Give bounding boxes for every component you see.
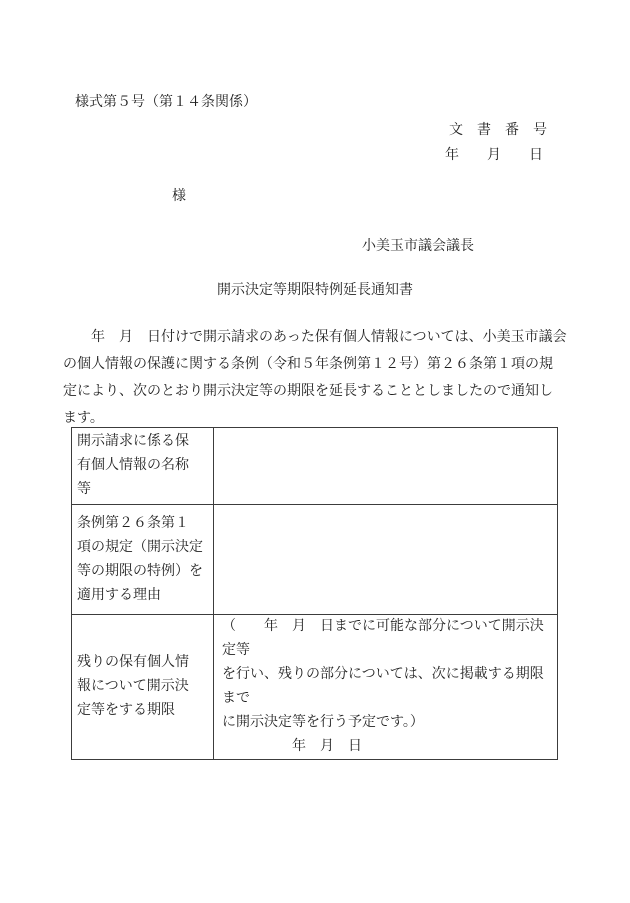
document-number-label: 文 書 番 号 (449, 123, 547, 139)
table-label-reason: 条例第２６条第１ 項の規定（開示決定 等の期限の特例）を 適用する理由 (72, 505, 214, 615)
table-row-name-of-information: 開示請求に係る保 有個人情報の名称 等 (72, 428, 558, 505)
sender-name: 小美玉市議会議長 (362, 239, 474, 255)
notice-table: 開示請求に係る保 有個人情報の名称 等 条例第２６条第１ 項の規定（開示決定 等… (71, 427, 558, 760)
table-value-name-of-information (214, 428, 558, 505)
table-value-reason (214, 505, 558, 615)
addressee-suffix: 様 (172, 189, 186, 205)
form-number-label: 様式第５号（第１４条関係） (75, 95, 257, 111)
body-paragraph: 年 月 日付けで開示請求のあった保有個人情報については、小美玉市議会 の個人情報… (63, 324, 569, 432)
document-title: 開示決定等期限特例延長通知書 (0, 283, 630, 299)
document-page: 様式第５号（第１４条関係） 文 書 番 号 年 月 日 様 小美玉市議会議長 開… (0, 0, 630, 903)
table-label-name-of-information: 開示請求に係る保 有個人情報の名称 等 (72, 428, 214, 505)
table-value-deadline: （ 年 月 日までに可能な部分について開示決定等 を行い、残りの部分については、… (214, 615, 558, 760)
table-row-deadline: 残りの保有個人情 報について開示決 定等をする期限 （ 年 月 日までに可能な部… (72, 615, 558, 760)
table-row-reason: 条例第２６条第１ 項の規定（開示決定 等の期限の特例）を 適用する理由 (72, 505, 558, 615)
date-placeholder: 年 月 日 (445, 148, 543, 164)
table-label-deadline: 残りの保有個人情 報について開示決 定等をする期限 (72, 615, 214, 760)
